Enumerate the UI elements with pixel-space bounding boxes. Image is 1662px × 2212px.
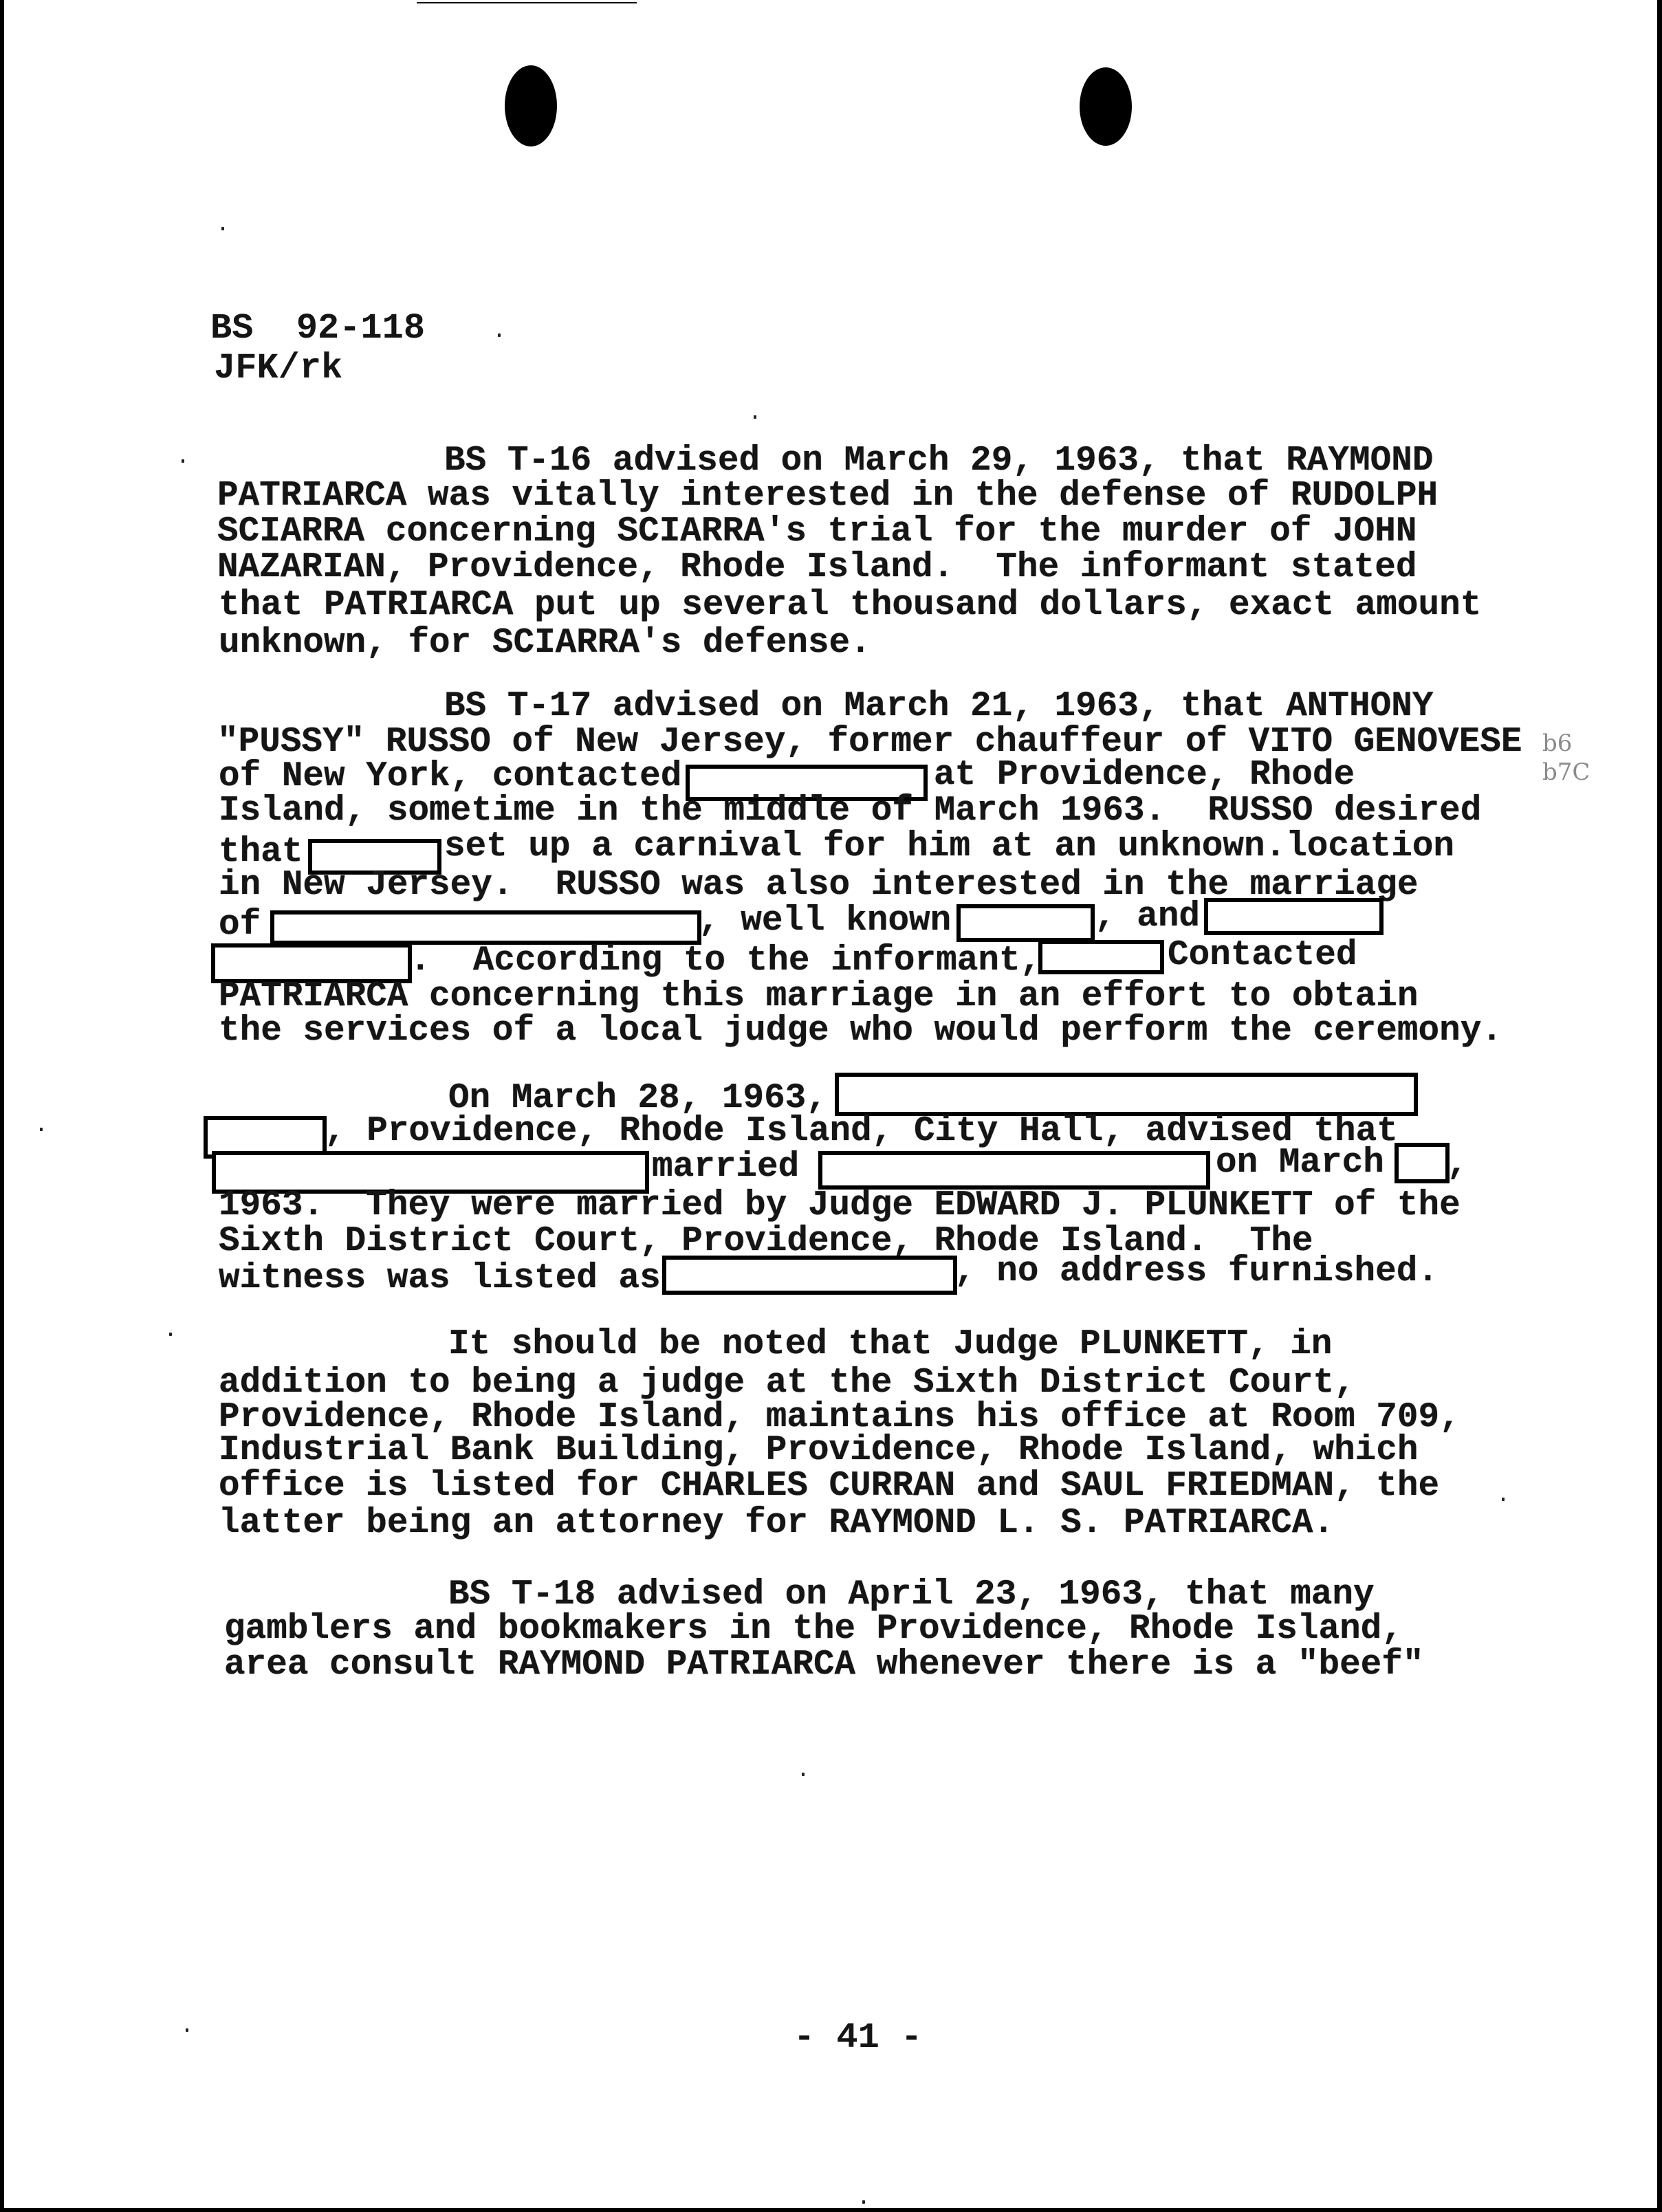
scan-speck bbox=[754, 415, 756, 419]
document-page: BS 92-118 JFK/rk b6 b7C BS T-16 advised … bbox=[0, 0, 1662, 2212]
file-number: BS 92-118 bbox=[210, 309, 425, 348]
text-line: gamblers and bookmakers in the Providenc… bbox=[224, 1612, 1403, 1647]
text-line: office is listed for CHARLES CURRAN and … bbox=[219, 1469, 1439, 1504]
text-line: area consult RAYMOND PATRIARCA whenever … bbox=[224, 1647, 1423, 1683]
scan-speck bbox=[40, 1128, 43, 1131]
text-line: 1963. They were married by Judge EDWARD … bbox=[219, 1188, 1461, 1224]
redaction-box bbox=[956, 904, 1095, 942]
redaction-box bbox=[270, 910, 701, 945]
text-line: latter being an attorney for RAYMOND L. … bbox=[219, 1506, 1334, 1542]
text-segment: , no address furnished. bbox=[954, 1254, 1439, 1290]
text-segment: on March bbox=[1216, 1146, 1384, 1181]
text-line: the services of a local judge who would … bbox=[219, 1014, 1502, 1049]
typist-initials: JFK/rk bbox=[214, 349, 342, 388]
text-line: unknown, for SCIARRA's defense. bbox=[219, 626, 871, 661]
scan-speck bbox=[221, 227, 224, 230]
text-line: SCIARRA concerning SCIARRA's trial for t… bbox=[217, 514, 1417, 550]
text-line: BS T-16 advised on March 29, 1963, that … bbox=[444, 444, 1433, 479]
redaction-box bbox=[1395, 1143, 1450, 1183]
scan-edge-line bbox=[417, 2, 637, 3]
redaction-box bbox=[818, 1151, 1210, 1190]
redaction-box bbox=[1204, 898, 1384, 935]
punch-hole-right bbox=[1080, 67, 1132, 146]
exemption-code-b6: b6 bbox=[1542, 730, 1572, 756]
text-line: BS T-18 advised on April 23, 1963, that … bbox=[448, 1577, 1375, 1613]
punch-hole-left bbox=[505, 65, 557, 146]
text-segment: , well known bbox=[699, 904, 951, 939]
scan-speck bbox=[182, 459, 184, 463]
text-line: Island, sometime in the middle of March … bbox=[219, 793, 1481, 829]
text-segment: . According to the informant, bbox=[410, 943, 1041, 979]
redaction-box bbox=[835, 1073, 1418, 1116]
text-segment: of New York, contacted bbox=[219, 759, 681, 795]
scan-speck bbox=[169, 1333, 172, 1336]
text-line: It should be noted that Judge PLUNKETT, … bbox=[448, 1327, 1332, 1363]
page-number: - 41 - bbox=[794, 2019, 922, 2057]
text-segment: at Providence, Rhode bbox=[934, 758, 1355, 793]
scan-speck bbox=[1502, 1498, 1505, 1501]
text-segment: , and bbox=[1095, 899, 1200, 935]
exemption-code-b7c: b7C bbox=[1542, 759, 1590, 785]
scan-speck bbox=[802, 1773, 805, 1776]
scan-speck bbox=[186, 2028, 188, 2032]
text-line: BS T-17 advised on March 21, 1963, that … bbox=[444, 689, 1433, 725]
text-segment: married bbox=[652, 1150, 799, 1185]
redaction-box bbox=[662, 1256, 957, 1295]
text-segment: Contacted bbox=[1168, 938, 1357, 974]
text-segment: witness was listed as bbox=[219, 1261, 661, 1297]
text-line: PATRIARCA was vitally interested in the … bbox=[217, 479, 1438, 514]
text-line: PATRIARCA concerning this marriage in an… bbox=[219, 979, 1418, 1015]
text-segment: set up a carnival for him at an unknown.… bbox=[444, 829, 1454, 865]
text-segment: , bbox=[1447, 1147, 1468, 1183]
text-line: addition to being a judge at the Sixth D… bbox=[219, 1366, 1355, 1401]
text-segment: of bbox=[219, 908, 261, 943]
text-line: NAZARIAN, Providence, Rhode Island. The … bbox=[217, 550, 1417, 586]
redaction-box bbox=[1038, 940, 1164, 974]
scan-speck bbox=[862, 2200, 865, 2204]
text-line: Industrial Bank Building, Providence, Rh… bbox=[219, 1433, 1418, 1469]
text-line: that PATRIARCA put up several thousand d… bbox=[219, 588, 1481, 624]
scan-speck bbox=[498, 333, 501, 337]
